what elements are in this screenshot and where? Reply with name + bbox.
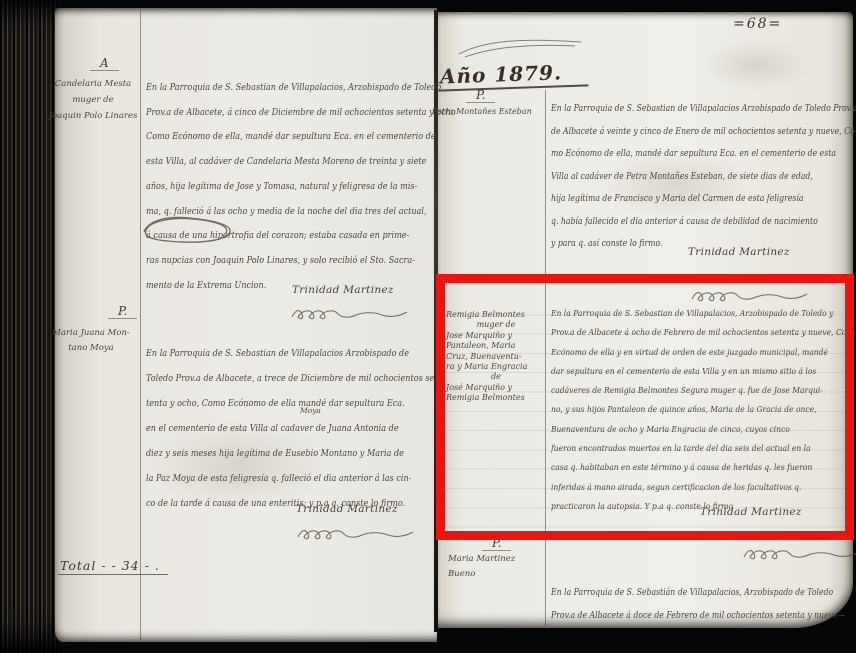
section-mark: A [90,56,119,71]
entry-body-line: Como Ecónomo de ella, mandé dar sepultur… [146,125,456,150]
entry-margin-name: Candelaria Mesta muger de Joaquin Polo L… [44,76,142,124]
entry-margin-name: Maria Juana Mon- tano Moya [38,326,144,356]
entry-body-line: esta Villa, al cadáver de Candelaria Mes… [146,150,456,175]
entry-body-line: de Albacete á veinte y cinco de Enero de… [551,121,856,144]
entry-signature: Trinidad Martinez [296,503,398,515]
total-count: Total - - 34 - . [58,558,168,575]
margin-name-line: Joaquin Polo Linares [44,108,142,124]
entry-signature: Trinidad Martinez [688,246,790,258]
section-mark: P. [466,88,495,103]
entry-body-line: diez y seis meses hija legítima de Euseb… [146,442,437,467]
entry-body-line: En la Parroquia de S. Sebastián de Villa… [551,582,845,605]
pen-swash [455,36,585,58]
entry-body-line: tenta y ocho, Como Ecónomo de ella mandé… [146,392,437,417]
entry-body-line: años, hija legítima de Jose y Tomasa, na… [146,175,456,200]
entry-body: En la Parroquia de S. Sebastian de Villa… [146,342,437,517]
entry-margin-name: Maria Martinez Bueno [448,552,548,582]
entry-body: En la Parroquia de S. Sebastián de Villa… [551,582,845,628]
entry-body-line: Villa al cadáver de Petra Montañes Esteb… [551,166,856,189]
entry-signature: Trinidad Martinez [292,284,394,296]
entry-body-line: En la Parroquia de S. Sebastian de Villa… [551,98,856,121]
rubric-flourish [296,526,416,542]
entry-body-line: la Paz Moya de esta feligresía q. fallec… [146,467,437,492]
margin-name-line: Candelaria Mesta [44,76,142,92]
scanned-register-spread: =68= Año 1879. A Candelaria Mesta muger … [0,0,856,653]
year-heading: Año 1879. [438,59,589,91]
entry-body-line: Toledo Prov.a de Albacete, a trece de Di… [146,367,437,392]
margin-name-line: Bueno [448,567,548,582]
entry-body-line: en el cementerio de esta Villa al cadave… [146,417,437,442]
margin-name-line: muger de [44,92,142,108]
entry-body-line: En la Parroquia de S. Sebastian de Villa… [146,342,437,367]
entry-margin-name: Petra Montañes Esteban [432,106,544,118]
margin-name-line: Maria Martinez [448,552,548,567]
paper-stain [700,40,810,90]
entry-body-line: En la Parroquia de S. Sebastian de Villa… [146,76,456,101]
section-mark: P. [108,304,137,319]
entry-body-line: hija legítima de Francisco y Maria del C… [551,188,856,211]
margin-name-line: Petra Montañes Esteban [432,106,544,118]
entry-body-line: mo Ecónomo de ella, mandé dar sepultura … [551,143,856,166]
entry-body-line: ras nupcias con Joaquin Polo Linares, y … [146,249,456,274]
entry-body: En la Parroquia de S. Sebastian de Villa… [551,98,856,256]
entry-body-line: Prov.a de Albacete á doce de Febrero de … [551,605,845,628]
entry-body-line: Prov.a de Albacete, á cinco de Diciembre… [146,101,456,126]
rubric-flourish [290,306,410,322]
highlight-box [436,274,854,540]
page-number: =68= [733,16,782,32]
ink-scribble [138,212,238,246]
margin-name-line: tano Moya [38,341,144,356]
entry-body: En la Parroquia de S. Sebastian de Villa… [146,76,456,298]
entry-body-line: q. había fallecido el dia anterior á cau… [551,211,856,234]
interline-note: Moya [300,406,321,415]
margin-name-line: Maria Juana Mon- [38,326,144,341]
rubric-flourish [742,546,856,562]
